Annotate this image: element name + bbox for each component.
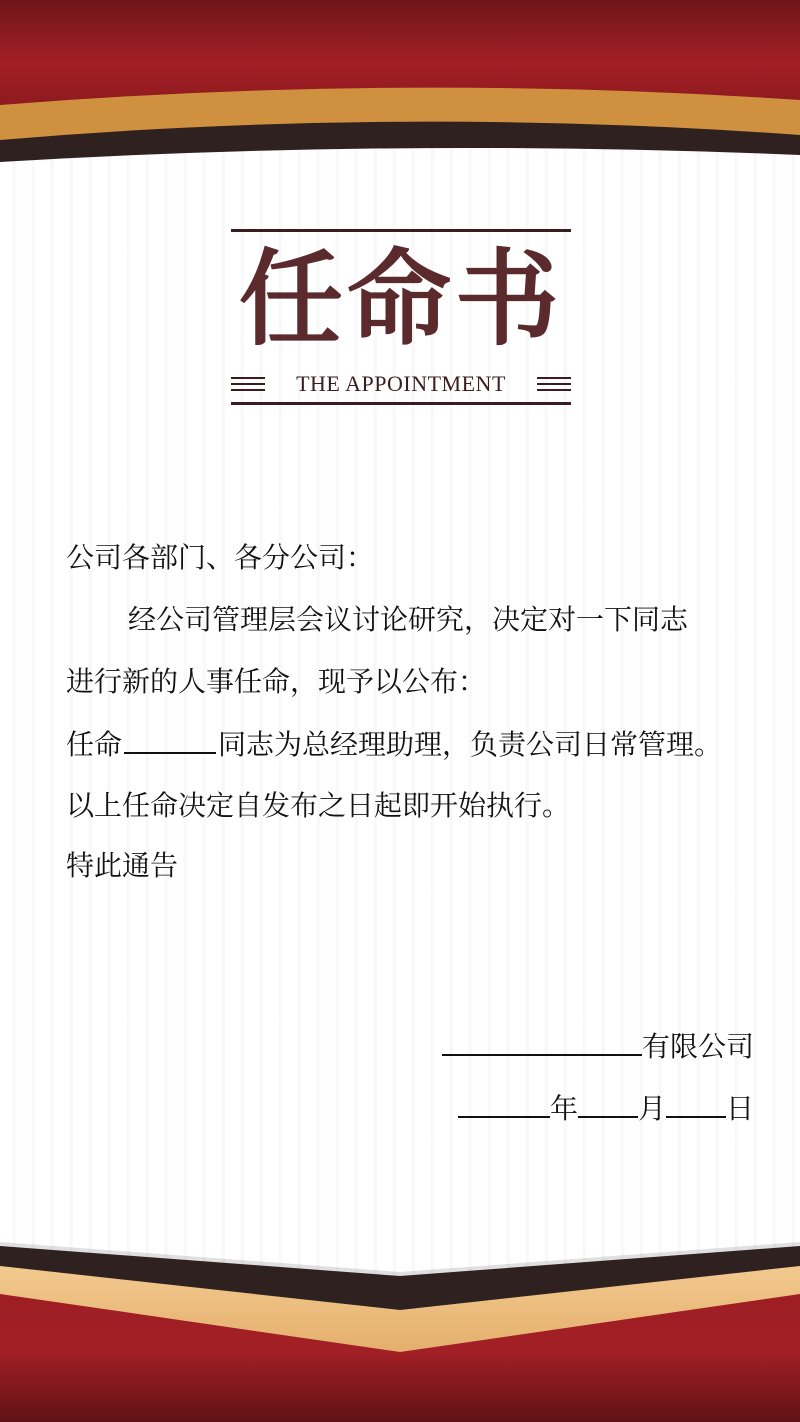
month-label: 月: [638, 1092, 666, 1125]
appointment-prefix: 任命: [66, 728, 122, 761]
company-suffix: 有限公司: [642, 1030, 754, 1063]
title-bottom-rule: [231, 402, 571, 405]
top-decorative-band: [0, 0, 800, 200]
left-triple-bar-ornament: [231, 377, 265, 391]
salutation: 公司各部门、各分公司：: [66, 540, 374, 576]
company-name-blank[interactable]: [442, 1028, 642, 1056]
title-block: 任命书 THE APPOINTMENT: [231, 229, 571, 409]
paragraph-line-1: 经公司管理层会议讨论研究，决定对一下同志: [128, 602, 688, 638]
day-label: 日: [726, 1092, 754, 1125]
appointment-suffix: 同志为总经理助理，负责公司日常管理。: [218, 728, 722, 761]
page-title: 任命书: [231, 239, 571, 359]
year-blank[interactable]: [458, 1090, 550, 1118]
month-blank[interactable]: [578, 1090, 638, 1118]
subtitle-row: THE APPOINTMENT: [231, 371, 571, 397]
title-top-rule: [231, 229, 571, 232]
appointment-line: 任命同志为总经理助理，负责公司日常管理。: [66, 726, 722, 763]
effective-statement: 以上任命决定自发布之日起即开始执行。: [66, 788, 570, 824]
right-triple-bar-ornament: [537, 377, 571, 391]
date-line: 年月日: [458, 1090, 754, 1127]
subtitle-english: THE APPOINTMENT: [296, 371, 506, 397]
year-label: 年: [550, 1092, 578, 1125]
closing-statement: 特此通告: [66, 848, 178, 884]
paragraph-line-2: 进行新的人事任命，现予以公布：: [66, 664, 486, 700]
bottom-chevron-graphic: [0, 1222, 800, 1422]
top-arc-graphic: [0, 0, 800, 200]
appointee-name-blank[interactable]: [124, 726, 216, 754]
bottom-decorative-band: [0, 1222, 800, 1422]
company-signature-line: 有限公司: [442, 1028, 754, 1065]
day-blank[interactable]: [666, 1090, 726, 1118]
